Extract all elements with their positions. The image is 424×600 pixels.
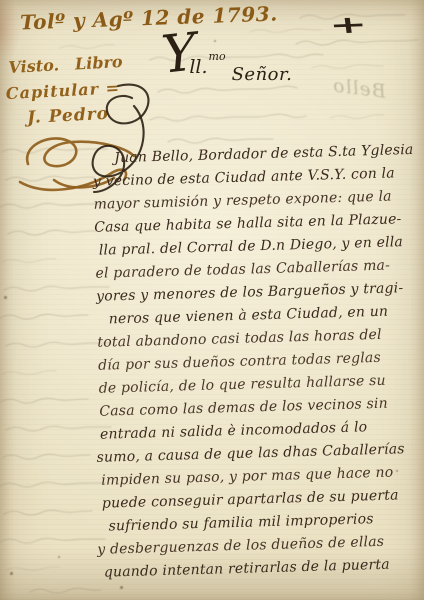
ghost-line	[0, 314, 88, 319]
ghost-line	[2, 259, 56, 263]
ghost-line	[2, 371, 56, 375]
foxing-speck	[4, 296, 7, 299]
ghost-line	[312, 65, 383, 69]
ghost-line	[296, 40, 418, 45]
ghost-line	[4, 510, 92, 515]
foxing-speck	[396, 470, 398, 472]
petition-body: Juan Bello, Bordador de esta S.ta Yglesi…	[86, 139, 424, 585]
margin-note-visto: Visto.	[8, 55, 60, 77]
salutation: Y ll. mo Señor.	[162, 28, 292, 85]
ghost-line	[6, 567, 60, 571]
salutation-initial: Y	[159, 26, 199, 81]
ghost-line	[30, 588, 101, 593]
flourish-stroke	[107, 85, 149, 124]
ghost-line	[60, 45, 114, 49]
ghost-line	[0, 538, 105, 543]
ghost-line	[2, 454, 90, 459]
foxing-speck	[120, 586, 123, 589]
ghost-line	[158, 86, 297, 93]
ghost-line	[330, 115, 384, 119]
cross-mark: +	[327, 9, 369, 39]
foxing-speck	[10, 572, 13, 575]
manuscript-page: Bello Tolº y Agº 12 de 1793. + Visto. Li…	[0, 0, 424, 600]
salutation-superscript: mo	[209, 50, 226, 63]
margin-note-libro: Libro	[74, 52, 123, 73]
ghost-line	[0, 398, 88, 403]
foxing-speck	[214, 40, 216, 42]
ghost-line	[8, 230, 96, 235]
foxing-speck	[58, 556, 60, 558]
ghost-line	[0, 482, 105, 487]
salutation-word: Señor.	[232, 64, 293, 85]
ghost-line	[150, 114, 306, 121]
